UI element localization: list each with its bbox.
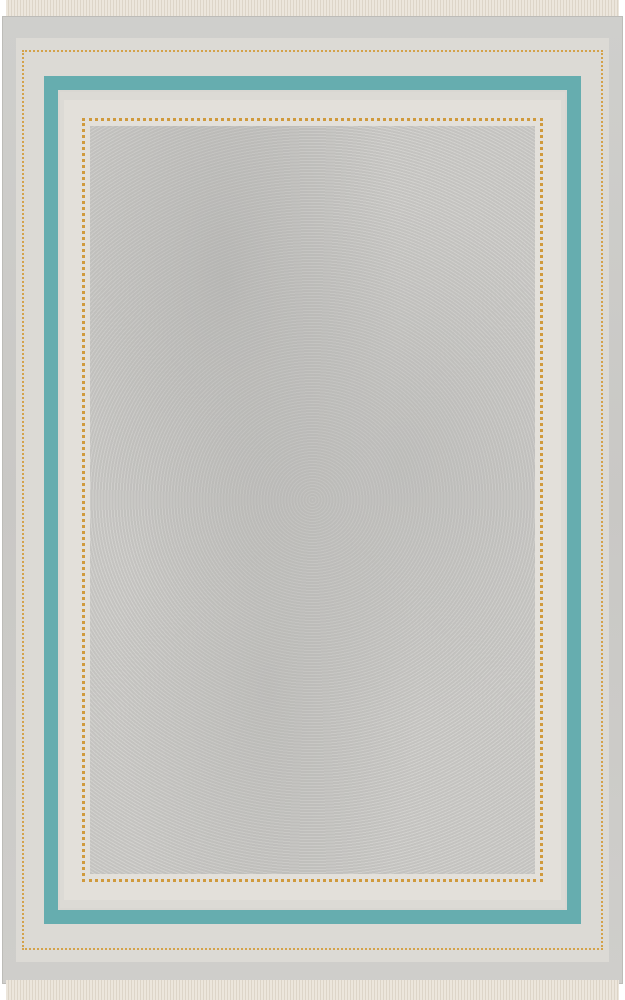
- rug: [2, 16, 623, 984]
- rug-field: [90, 126, 535, 874]
- bottom-fringe: [6, 980, 619, 1000]
